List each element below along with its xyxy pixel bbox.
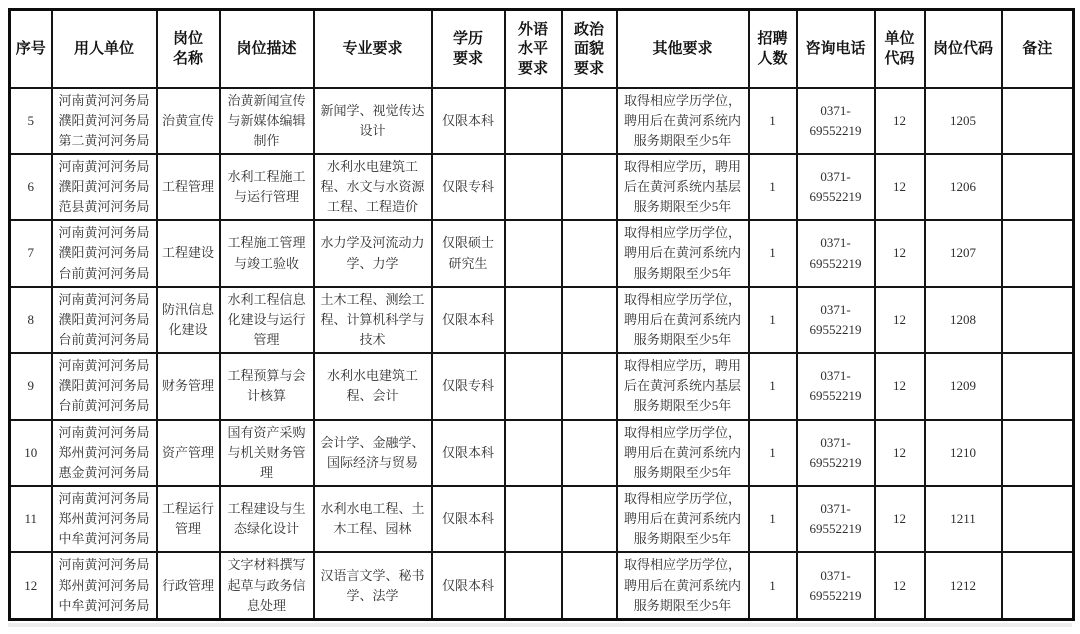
cell-position-code: 1208: [925, 287, 1002, 353]
table-row: 9 河南黄河河务局濮阳黄河河务局台前黄河河务局 财务管理 工程预算与会计核算 水…: [10, 353, 1074, 419]
cell-employer: 河南黄河河务局濮阳黄河河务局台前黄河河务局: [52, 353, 157, 419]
cell-seq: 11: [10, 486, 52, 552]
col-header-description: 岗位描述: [220, 10, 314, 88]
table-row: 10 河南黄河河务局郑州黄河河务局惠金黄河河务局 资产管理 国有资产采购与机关财…: [10, 420, 1074, 486]
bottom-strip: [8, 623, 1072, 627]
table-row: 5 河南黄河河务局濮阳黄河河务局第二黄河河务局 治黄宣传 治黄新闻宣传与新媒体编…: [10, 88, 1074, 154]
col-header-education: 学历 要求: [432, 10, 505, 88]
cell-seq: 9: [10, 353, 52, 419]
cell-employer: 河南黄河河务局郑州黄河河务局中牟黄河河务局: [52, 552, 157, 619]
cell-seq: 7: [10, 220, 52, 286]
cell-position: 工程管理: [157, 154, 220, 220]
cell-employer: 河南黄河河务局濮阳黄河河务局台前黄河河务局: [52, 287, 157, 353]
cell-position-code: 1211: [925, 486, 1002, 552]
cell-description: 工程预算与会计核算: [220, 353, 314, 419]
cell-unit-code: 12: [875, 88, 925, 154]
cell-unit-code: 12: [875, 287, 925, 353]
cell-unit-code: 12: [875, 353, 925, 419]
col-header-position: 岗位 名称: [157, 10, 220, 88]
cell-other: 取得相应学历学位，聘用后在黄河系统内服务期限至少5年: [617, 486, 749, 552]
col-header-unit-code: 单位 代码: [875, 10, 925, 88]
cell-education: 仅限硕士研究生: [432, 220, 505, 286]
cell-headcount: 1: [749, 287, 797, 353]
cell-position: 治黄宣传: [157, 88, 220, 154]
cell-other: 取得相应学历学位，聘用后在黄河系统内服务期限至少5年: [617, 220, 749, 286]
cell-political-status: [562, 353, 617, 419]
cell-political-status: [562, 220, 617, 286]
cell-description: 治黄新闻宣传与新媒体编辑制作: [220, 88, 314, 154]
cell-position-code: 1205: [925, 88, 1002, 154]
cell-position-code: 1207: [925, 220, 1002, 286]
cell-remark: [1002, 88, 1074, 154]
cell-headcount: 1: [749, 552, 797, 619]
col-header-employer: 用人单位: [52, 10, 157, 88]
cell-foreign-language: [505, 88, 562, 154]
cell-unit-code: 12: [875, 552, 925, 619]
cell-political-status: [562, 420, 617, 486]
recruitment-table-sheet: 序号 用人单位 岗位 名称 岗位描述 专业要求 学历 要求 外语 水平 要求 政…: [0, 0, 1080, 627]
cell-position-code: 1209: [925, 353, 1002, 419]
cell-education: 仅限本科: [432, 552, 505, 619]
cell-education: 仅限本科: [432, 486, 505, 552]
cell-position-code: 1210: [925, 420, 1002, 486]
cell-headcount: 1: [749, 486, 797, 552]
cell-foreign-language: [505, 287, 562, 353]
cell-position-code: 1212: [925, 552, 1002, 619]
col-header-phone: 咨询电话: [797, 10, 875, 88]
cell-phone: 0371-69552219: [797, 486, 875, 552]
recruitment-table: 序号 用人单位 岗位 名称 岗位描述 专业要求 学历 要求 外语 水平 要求 政…: [8, 8, 1075, 621]
cell-major: 水利水电建筑工程、会计: [314, 353, 432, 419]
col-header-major: 专业要求: [314, 10, 432, 88]
cell-political-status: [562, 486, 617, 552]
cell-headcount: 1: [749, 88, 797, 154]
cell-education: 仅限本科: [432, 287, 505, 353]
cell-other: 取得相应学历学位，聘用后在黄河系统内服务期限至少5年: [617, 420, 749, 486]
cell-major: 水利水电工程、土木工程、园林: [314, 486, 432, 552]
cell-remark: [1002, 552, 1074, 619]
cell-description: 工程施工管理与竣工验收: [220, 220, 314, 286]
cell-employer: 河南黄河河务局郑州黄河河务局中牟黄河河务局: [52, 486, 157, 552]
cell-major: 水利水电建筑工程、水文与水资源工程、工程造价: [314, 154, 432, 220]
cell-position: 行政管理: [157, 552, 220, 619]
col-header-position-code: 岗位代码: [925, 10, 1002, 88]
cell-remark: [1002, 220, 1074, 286]
cell-seq: 6: [10, 154, 52, 220]
cell-unit-code: 12: [875, 420, 925, 486]
cell-remark: [1002, 154, 1074, 220]
cell-remark: [1002, 486, 1074, 552]
cell-major: 新闻学、视觉传达设计: [314, 88, 432, 154]
cell-other: 取得相应学历，聘用后在黄河系统内基层服务期限至少5年: [617, 154, 749, 220]
cell-other: 取得相应学历学位，聘用后在黄河系统内服务期限至少5年: [617, 287, 749, 353]
table-row: 11 河南黄河河务局郑州黄河河务局中牟黄河河务局 工程运行管理 工程建设与生态绿…: [10, 486, 1074, 552]
table-row: 6 河南黄河河务局濮阳黄河河务局范县黄河河务局 工程管理 水利工程施工与运行管理…: [10, 154, 1074, 220]
cell-political-status: [562, 88, 617, 154]
cell-foreign-language: [505, 220, 562, 286]
cell-major: 汉语言文学、秘书学、法学: [314, 552, 432, 619]
cell-employer: 河南黄河河务局濮阳黄河河务局第二黄河河务局: [52, 88, 157, 154]
cell-description: 工程建设与生态绿化设计: [220, 486, 314, 552]
cell-position: 工程建设: [157, 220, 220, 286]
cell-position: 资产管理: [157, 420, 220, 486]
cell-phone: 0371-69552219: [797, 420, 875, 486]
cell-political-status: [562, 154, 617, 220]
cell-foreign-language: [505, 353, 562, 419]
cell-major: 会计学、金融学、国际经济与贸易: [314, 420, 432, 486]
col-header-remark: 备注: [1002, 10, 1074, 88]
col-header-headcount: 招聘 人数: [749, 10, 797, 88]
col-header-political-status: 政治 面貌 要求: [562, 10, 617, 88]
table-row: 12 河南黄河河务局郑州黄河河务局中牟黄河河务局 行政管理 文字材料撰写起草与政…: [10, 552, 1074, 619]
cell-headcount: 1: [749, 220, 797, 286]
cell-seq: 10: [10, 420, 52, 486]
cell-remark: [1002, 420, 1074, 486]
cell-phone: 0371-69552219: [797, 287, 875, 353]
cell-phone: 0371-69552219: [797, 353, 875, 419]
cell-other: 取得相应学历学位，聘用后在黄河系统内服务期限至少5年: [617, 552, 749, 619]
cell-unit-code: 12: [875, 220, 925, 286]
cell-seq: 8: [10, 287, 52, 353]
cell-other: 取得相应学历，聘用后在黄河系统内基层服务期限至少5年: [617, 353, 749, 419]
cell-remark: [1002, 353, 1074, 419]
cell-phone: 0371-69552219: [797, 552, 875, 619]
cell-seq: 5: [10, 88, 52, 154]
cell-unit-code: 12: [875, 486, 925, 552]
cell-position: 工程运行管理: [157, 486, 220, 552]
header-row: 序号 用人单位 岗位 名称 岗位描述 专业要求 学历 要求 外语 水平 要求 政…: [10, 10, 1074, 88]
cell-phone: 0371-69552219: [797, 220, 875, 286]
cell-education: 仅限本科: [432, 420, 505, 486]
cell-major: 水力学及河流动力学、力学: [314, 220, 432, 286]
cell-education: 仅限本科: [432, 88, 505, 154]
cell-position-code: 1206: [925, 154, 1002, 220]
table-row: 7 河南黄河河务局濮阳黄河河务局台前黄河河务局 工程建设 工程施工管理与竣工验收…: [10, 220, 1074, 286]
cell-phone: 0371-69552219: [797, 154, 875, 220]
cell-other: 取得相应学历学位，聘用后在黄河系统内服务期限至少5年: [617, 88, 749, 154]
cell-employer: 河南黄河河务局郑州黄河河务局惠金黄河河务局: [52, 420, 157, 486]
cell-employer: 河南黄河河务局濮阳黄河河务局范县黄河河务局: [52, 154, 157, 220]
col-header-foreign-language: 外语 水平 要求: [505, 10, 562, 88]
cell-remark: [1002, 287, 1074, 353]
cell-seq: 12: [10, 552, 52, 619]
cell-employer: 河南黄河河务局濮阳黄河河务局台前黄河河务局: [52, 220, 157, 286]
col-header-other: 其他要求: [617, 10, 749, 88]
cell-headcount: 1: [749, 420, 797, 486]
cell-foreign-language: [505, 486, 562, 552]
cell-political-status: [562, 287, 617, 353]
table-row: 8 河南黄河河务局濮阳黄河河务局台前黄河河务局 防汛信息化建设 水利工程信息化建…: [10, 287, 1074, 353]
cell-education: 仅限专科: [432, 154, 505, 220]
cell-foreign-language: [505, 154, 562, 220]
cell-headcount: 1: [749, 353, 797, 419]
cell-foreign-language: [505, 552, 562, 619]
col-header-seq: 序号: [10, 10, 52, 88]
cell-foreign-language: [505, 420, 562, 486]
cell-description: 国有资产采购与机关财务管理: [220, 420, 314, 486]
cell-description: 水利工程施工与运行管理: [220, 154, 314, 220]
cell-political-status: [562, 552, 617, 619]
cell-unit-code: 12: [875, 154, 925, 220]
cell-position: 防汛信息化建设: [157, 287, 220, 353]
cell-phone: 0371-69552219: [797, 88, 875, 154]
cell-headcount: 1: [749, 154, 797, 220]
cell-description: 水利工程信息化建设与运行管理: [220, 287, 314, 353]
cell-major: 土木工程、测绘工程、计算机科学与技术: [314, 287, 432, 353]
cell-education: 仅限专科: [432, 353, 505, 419]
cell-description: 文字材料撰写起草与政务信息处理: [220, 552, 314, 619]
cell-position: 财务管理: [157, 353, 220, 419]
